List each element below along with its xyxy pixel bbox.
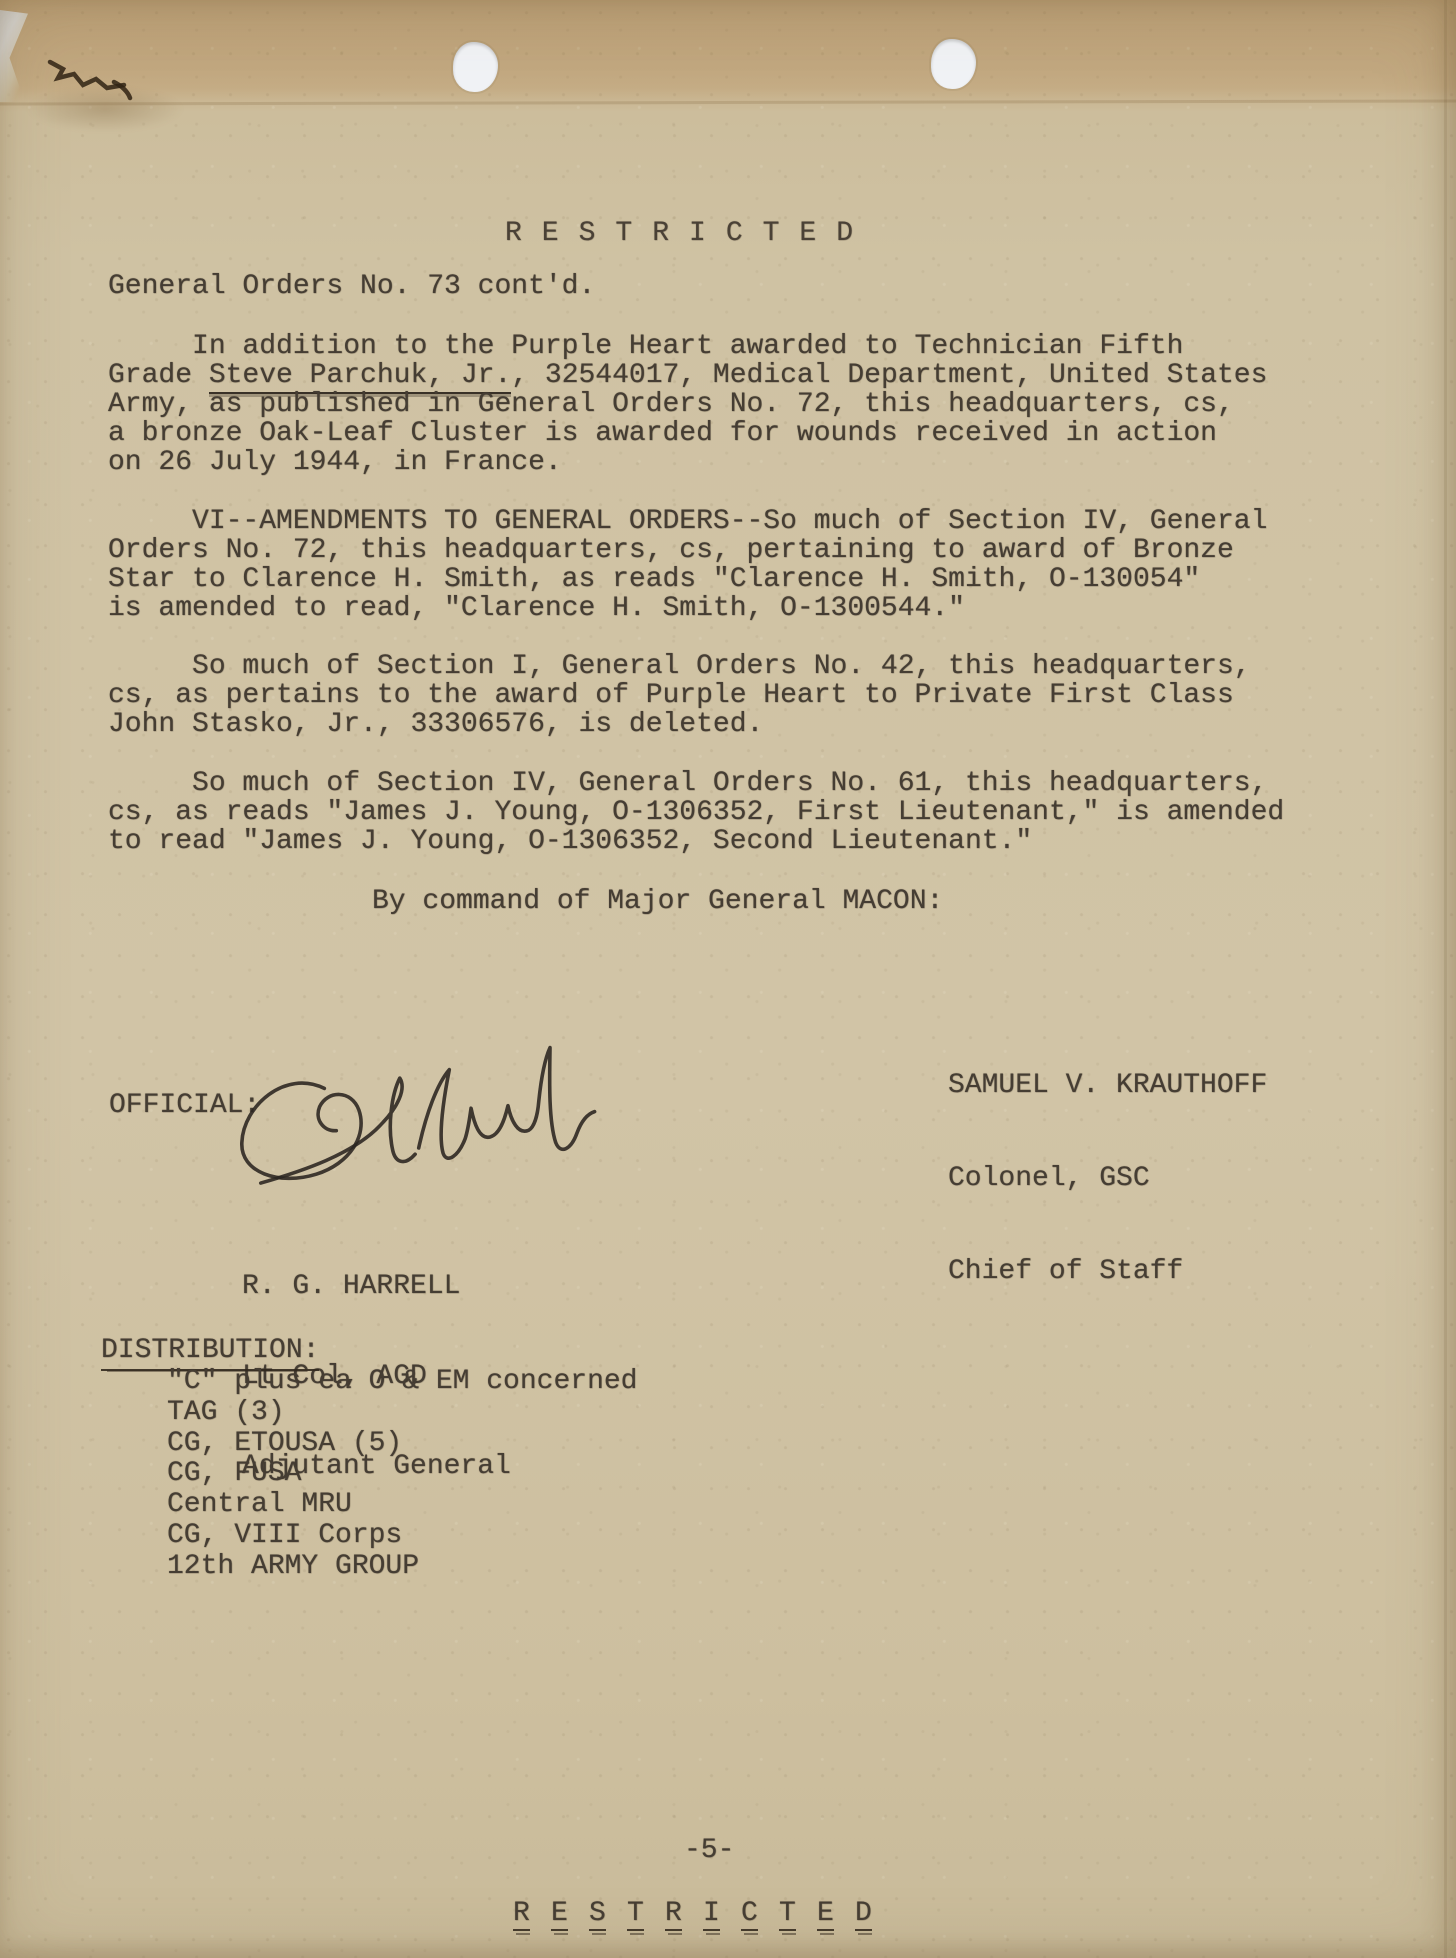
typed-line: So much of Section I, General Orders No.… bbox=[108, 652, 1251, 681]
typed-line: In addition to the Purple Heart awarded … bbox=[108, 332, 1267, 361]
paragraph-oak-leaf-cluster: In addition to the Purple Heart awarded … bbox=[108, 332, 1267, 477]
text-segment: John Stasko, Jr., 33306576, is deleted. bbox=[108, 709, 763, 740]
text-segment: Star to Clarence H. Smith, as reads "Cla… bbox=[108, 564, 1200, 595]
restricted-letter: T bbox=[627, 1899, 644, 1935]
chief-of-staff-title: Chief of Staff bbox=[948, 1256, 1267, 1287]
orders-continuation-line: General Orders No. 73 cont'd. bbox=[108, 272, 595, 301]
text-segment: So much of Section I, General Orders No.… bbox=[108, 651, 1251, 682]
restricted-letter: C bbox=[741, 1899, 758, 1935]
typed-line: cs, as reads "James J. Young, O-1306352,… bbox=[108, 798, 1284, 827]
chief-of-staff-name: SAMUEL V. KRAUTHOFF bbox=[948, 1070, 1267, 1101]
restricted-letter: E bbox=[817, 1899, 834, 1935]
adjutant-name: R. G. HARRELL bbox=[242, 1272, 511, 1302]
restricted-letter: D bbox=[855, 1899, 872, 1935]
typed-line: John Stasko, Jr., 33306576, is deleted. bbox=[108, 710, 1251, 739]
text-segment: cs, as reads "James J. Young, O-1306352,… bbox=[108, 797, 1284, 828]
text-segment: is amended to read, "Clarence H. Smith, … bbox=[108, 593, 965, 624]
classification-header: RESTRICTED bbox=[505, 219, 873, 248]
text-segment: Army, as published in General Orders No.… bbox=[108, 389, 1234, 420]
distribution-item: CG, ETOUSA (5) bbox=[167, 1429, 637, 1460]
restricted-letter: S bbox=[589, 1899, 606, 1935]
typed-line: Army, as published in General Orders No.… bbox=[108, 390, 1267, 419]
command-line: By command of Major General MACON: bbox=[372, 887, 943, 916]
text-segment: Grade bbox=[108, 360, 209, 391]
distribution-item: CG, FUSA bbox=[167, 1459, 637, 1490]
typed-line: to read "James J. Young, O-1306352, Seco… bbox=[108, 827, 1284, 856]
typed-line: Orders No. 72, this headquarters, cs, pe… bbox=[108, 536, 1267, 565]
distribution-item: CG, VIII Corps bbox=[167, 1521, 637, 1552]
distribution-item: 12th ARMY GROUP bbox=[167, 1552, 637, 1583]
text-segment: to read "James J. Young, O-1306352, Seco… bbox=[108, 826, 1032, 857]
paper-right-crease bbox=[1444, 0, 1447, 1958]
paragraph-amendments-smith: VI--AMENDMENTS TO GENERAL ORDERS--So muc… bbox=[108, 507, 1267, 623]
text-segment: on 26 July 1944, in France. bbox=[108, 447, 562, 478]
text-segment: a bronze Oak-Leaf Cluster is awarded for… bbox=[108, 418, 1217, 449]
distribution-item: Central MRU bbox=[167, 1490, 637, 1521]
paper-top-shading bbox=[0, 0, 1456, 102]
signature-r-g-harrell bbox=[222, 1035, 614, 1241]
paragraph-young-amendment: So much of Section IV, General Orders No… bbox=[108, 769, 1284, 856]
typed-line: So much of Section IV, General Orders No… bbox=[108, 769, 1284, 798]
text-segment: VI--AMENDMENTS TO GENERAL ORDERS--So muc… bbox=[108, 506, 1267, 537]
distribution-item: TAG (3) bbox=[167, 1398, 637, 1429]
text-segment: In addition to the Purple Heart awarded … bbox=[108, 331, 1183, 362]
restricted-letter: E bbox=[551, 1899, 568, 1935]
page-number: -5- bbox=[684, 1836, 734, 1865]
corner-tear-marks bbox=[44, 48, 164, 108]
restricted-letter: I bbox=[703, 1899, 720, 1935]
restricted-footer: RESTRICTED bbox=[513, 1899, 893, 1935]
typed-line: cs, as pertains to the award of Purple H… bbox=[108, 681, 1251, 710]
text-segment: Orders No. 72, this headquarters, cs, pe… bbox=[108, 535, 1234, 566]
typed-line: VI--AMENDMENTS TO GENERAL ORDERS--So muc… bbox=[108, 507, 1267, 536]
paragraph-stasko-deletion: So much of Section I, General Orders No.… bbox=[108, 652, 1251, 739]
typed-line: a bronze Oak-Leaf Cluster is awarded for… bbox=[108, 419, 1267, 448]
restricted-letter: R bbox=[513, 1899, 530, 1935]
typed-line: Grade Steve Parchuk, Jr., 32544017, Medi… bbox=[108, 361, 1267, 390]
typed-line: Star to Clarence H. Smith, as reads "Cla… bbox=[108, 565, 1267, 594]
text-segment: cs, as pertains to the award of Purple H… bbox=[108, 680, 1234, 711]
restricted-letter: R bbox=[665, 1899, 682, 1935]
text-segment: , 32544017, Medical Department, United S… bbox=[511, 360, 1267, 391]
typed-line: on 26 July 1944, in France. bbox=[108, 448, 1267, 477]
scanned-document-page: RESTRICTED General Orders No. 73 cont'd.… bbox=[0, 0, 1456, 1958]
text-segment: So much of Section IV, General Orders No… bbox=[108, 768, 1267, 799]
restricted-letter: T bbox=[779, 1899, 796, 1935]
distribution-item: "C" plus ea O & EM concerned bbox=[167, 1367, 637, 1398]
chief-of-staff-rank: Colonel, GSC bbox=[948, 1163, 1267, 1194]
typed-line: is amended to read, "Clarence H. Smith, … bbox=[108, 594, 1267, 623]
distribution-list: "C" plus ea O & EM concernedTAG (3)CG, E… bbox=[167, 1367, 637, 1583]
chief-of-staff-block: SAMUEL V. KRAUTHOFF Colonel, GSC Chief o… bbox=[948, 1008, 1267, 1349]
